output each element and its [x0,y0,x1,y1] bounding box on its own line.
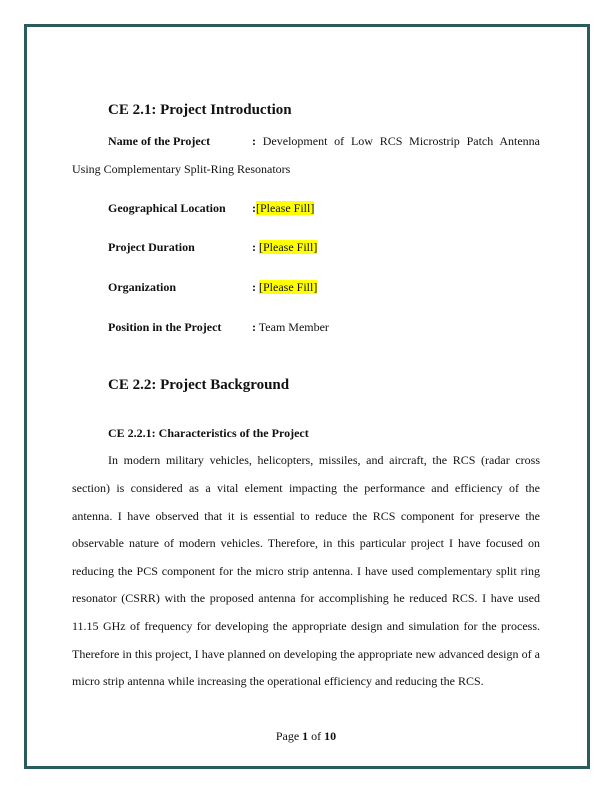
page-footer: Page 1 of 10 [0,729,612,744]
field-value-organization: : [Please Fill] [252,280,317,295]
paragraph-line: In modern military vehicles, helicopters… [108,453,540,468]
section-heading-background: CE 2.2: Project Background [108,377,289,394]
placeholder-highlight: [Please Fill] [256,201,314,215]
paragraph-line: antenna. I have observed that it is esse… [72,509,540,524]
paragraph-line: resonator (CSRR) with the proposed anten… [72,591,540,606]
field-value-text: Team Member [259,320,329,334]
field-label-location: Geographical Location [108,201,226,216]
placeholder-highlight: [Please Fill] [259,240,317,254]
field-value-position: : Team Member [252,320,329,335]
page-label: Page [276,729,299,743]
field-value-location: :[Please Fill] [252,201,314,216]
page-of: of [311,729,321,743]
paragraph-line: section) is considered as a vital elemen… [72,481,540,496]
section-heading-intro: CE 2.1: Project Introduction [108,102,292,119]
field-label-position: Position in the Project [108,320,221,335]
page-current: 1 [302,729,308,743]
placeholder-highlight: [Please Fill] [259,280,317,294]
field-colon: : [252,280,256,294]
field-colon: : [252,134,256,148]
paragraph-line: 11.15 GHz of frequency for developing th… [72,619,540,634]
field-colon: : [252,240,256,254]
field-label-organization: Organization [108,280,176,295]
field-value-project-name: : Development of Low RCS Microstrip Patc… [252,134,540,149]
page-total: 10 [324,729,336,743]
paragraph-line: Therefore in this project, I have planne… [72,647,540,662]
paragraph-line: micro strip antenna while increasing the… [72,674,540,689]
paragraph-line: reducing the PCS component for the micro… [72,564,540,579]
field-label-duration: Project Duration [108,240,195,255]
field-label-project-name: Name of the Project [108,134,210,149]
field-value-text: Development of Low RCS Microstrip Patch … [263,134,540,148]
field-colon: : [252,320,256,334]
field-value-duration: : [Please Fill] [252,240,317,255]
field-value-project-name-cont: Using Complementary Split-Ring Resonator… [72,162,290,177]
subsection-heading-characteristics: CE 2.2.1: Characteristics of the Project [108,426,309,441]
paragraph-line: observable nature of modern vehicles. Th… [72,536,540,551]
